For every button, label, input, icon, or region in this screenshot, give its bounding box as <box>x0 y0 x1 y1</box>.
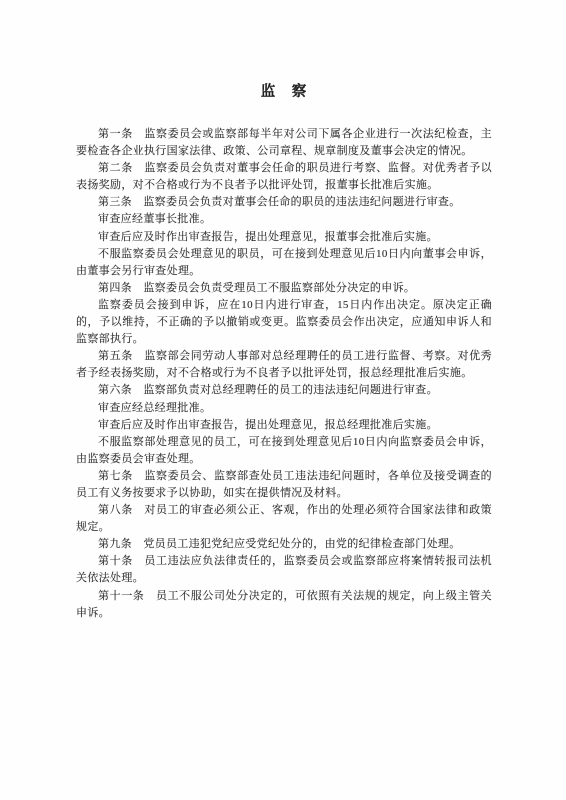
paragraph-article-6-clause-1: 审查应经总经理批准。 <box>76 400 492 417</box>
paragraph-article-8: 第八条 对员工的审查必须公正、客观，作出的处理必须符合国家法律和政策规定。 <box>76 502 492 536</box>
paragraph-article-3-clause-3: 不服监察委员会处理意见的职员，可在接到处理意见后10日内向董事会申诉，由董事会另… <box>76 246 492 280</box>
document-title: 监 察 <box>76 80 492 101</box>
paragraph-article-4-clause-1: 监察委员会接到申诉，应在10日内进行审查，15日内作出决定。原决定正确的，予以维… <box>76 297 492 348</box>
paragraph-article-7: 第七条 监察委员会、监察部查处员工违法违纪问题时，各单位及接受调查的员工有义务按… <box>76 468 492 502</box>
paragraph-article-3-clause-1: 审查应经董事长批准。 <box>76 211 492 228</box>
paragraph-article-11: 第十一条 员工不服公司处分决定的，可依照有关法规的规定，向上级主管关申诉。 <box>76 588 492 622</box>
paragraph-article-6: 第六条 监察部负责对总经理聘任的员工的违法违纪问题进行审查。 <box>76 382 492 399</box>
paragraph-article-2: 第二条 监察委员会负责对董事会任命的职员进行考察、监督。对优秀者予以表扬奖励，对… <box>76 160 492 194</box>
document-content: 监 察 第一条 监察委员会或监察部每半年对公司下属各企业进行一次法纪检查，主要检… <box>76 80 492 622</box>
paragraph-article-5: 第五条 监察部会同劳动人事部对总经理聘任的员工进行监督、考察。对优秀者予经表扬奖… <box>76 348 492 382</box>
paragraph-article-9: 第九条 党员员工违犯党纪应受党纪处分的，由党的纪律检查部门处理。 <box>76 536 492 553</box>
paragraph-article-6-clause-3: 不服监察部处理意见的员工，可在接到处理意见后10日内向监察委员会申诉，由监察委员… <box>76 434 492 468</box>
paragraph-article-3-clause-2: 审查后应及时作出审查报告，提出处理意见，报董事会批准后实施。 <box>76 229 492 246</box>
paragraph-article-10: 第十条 员工违法应负法律责任的，监察委员会或监察部应将案情转报司法机关依法处理。 <box>76 553 492 587</box>
paragraph-article-3: 第三条 监察委员会负责对董事会任命的职员的违法违纪问题进行审查。 <box>76 194 492 211</box>
paragraph-article-1: 第一条 监察委员会或监察部每半年对公司下属各企业进行一次法纪检查，主要检查各企业… <box>76 126 492 160</box>
document-page: 监 察 第一条 监察委员会或监察部每半年对公司下属各企业进行一次法纪检查，主要检… <box>0 0 566 800</box>
paragraph-article-4: 第四条 监察委员会负责受理员工不服监察部处分决定的申诉。 <box>76 280 492 297</box>
paragraph-article-6-clause-2: 审查后应及时作出审查报告，提出处理意见，报总经理批准后实施。 <box>76 417 492 434</box>
